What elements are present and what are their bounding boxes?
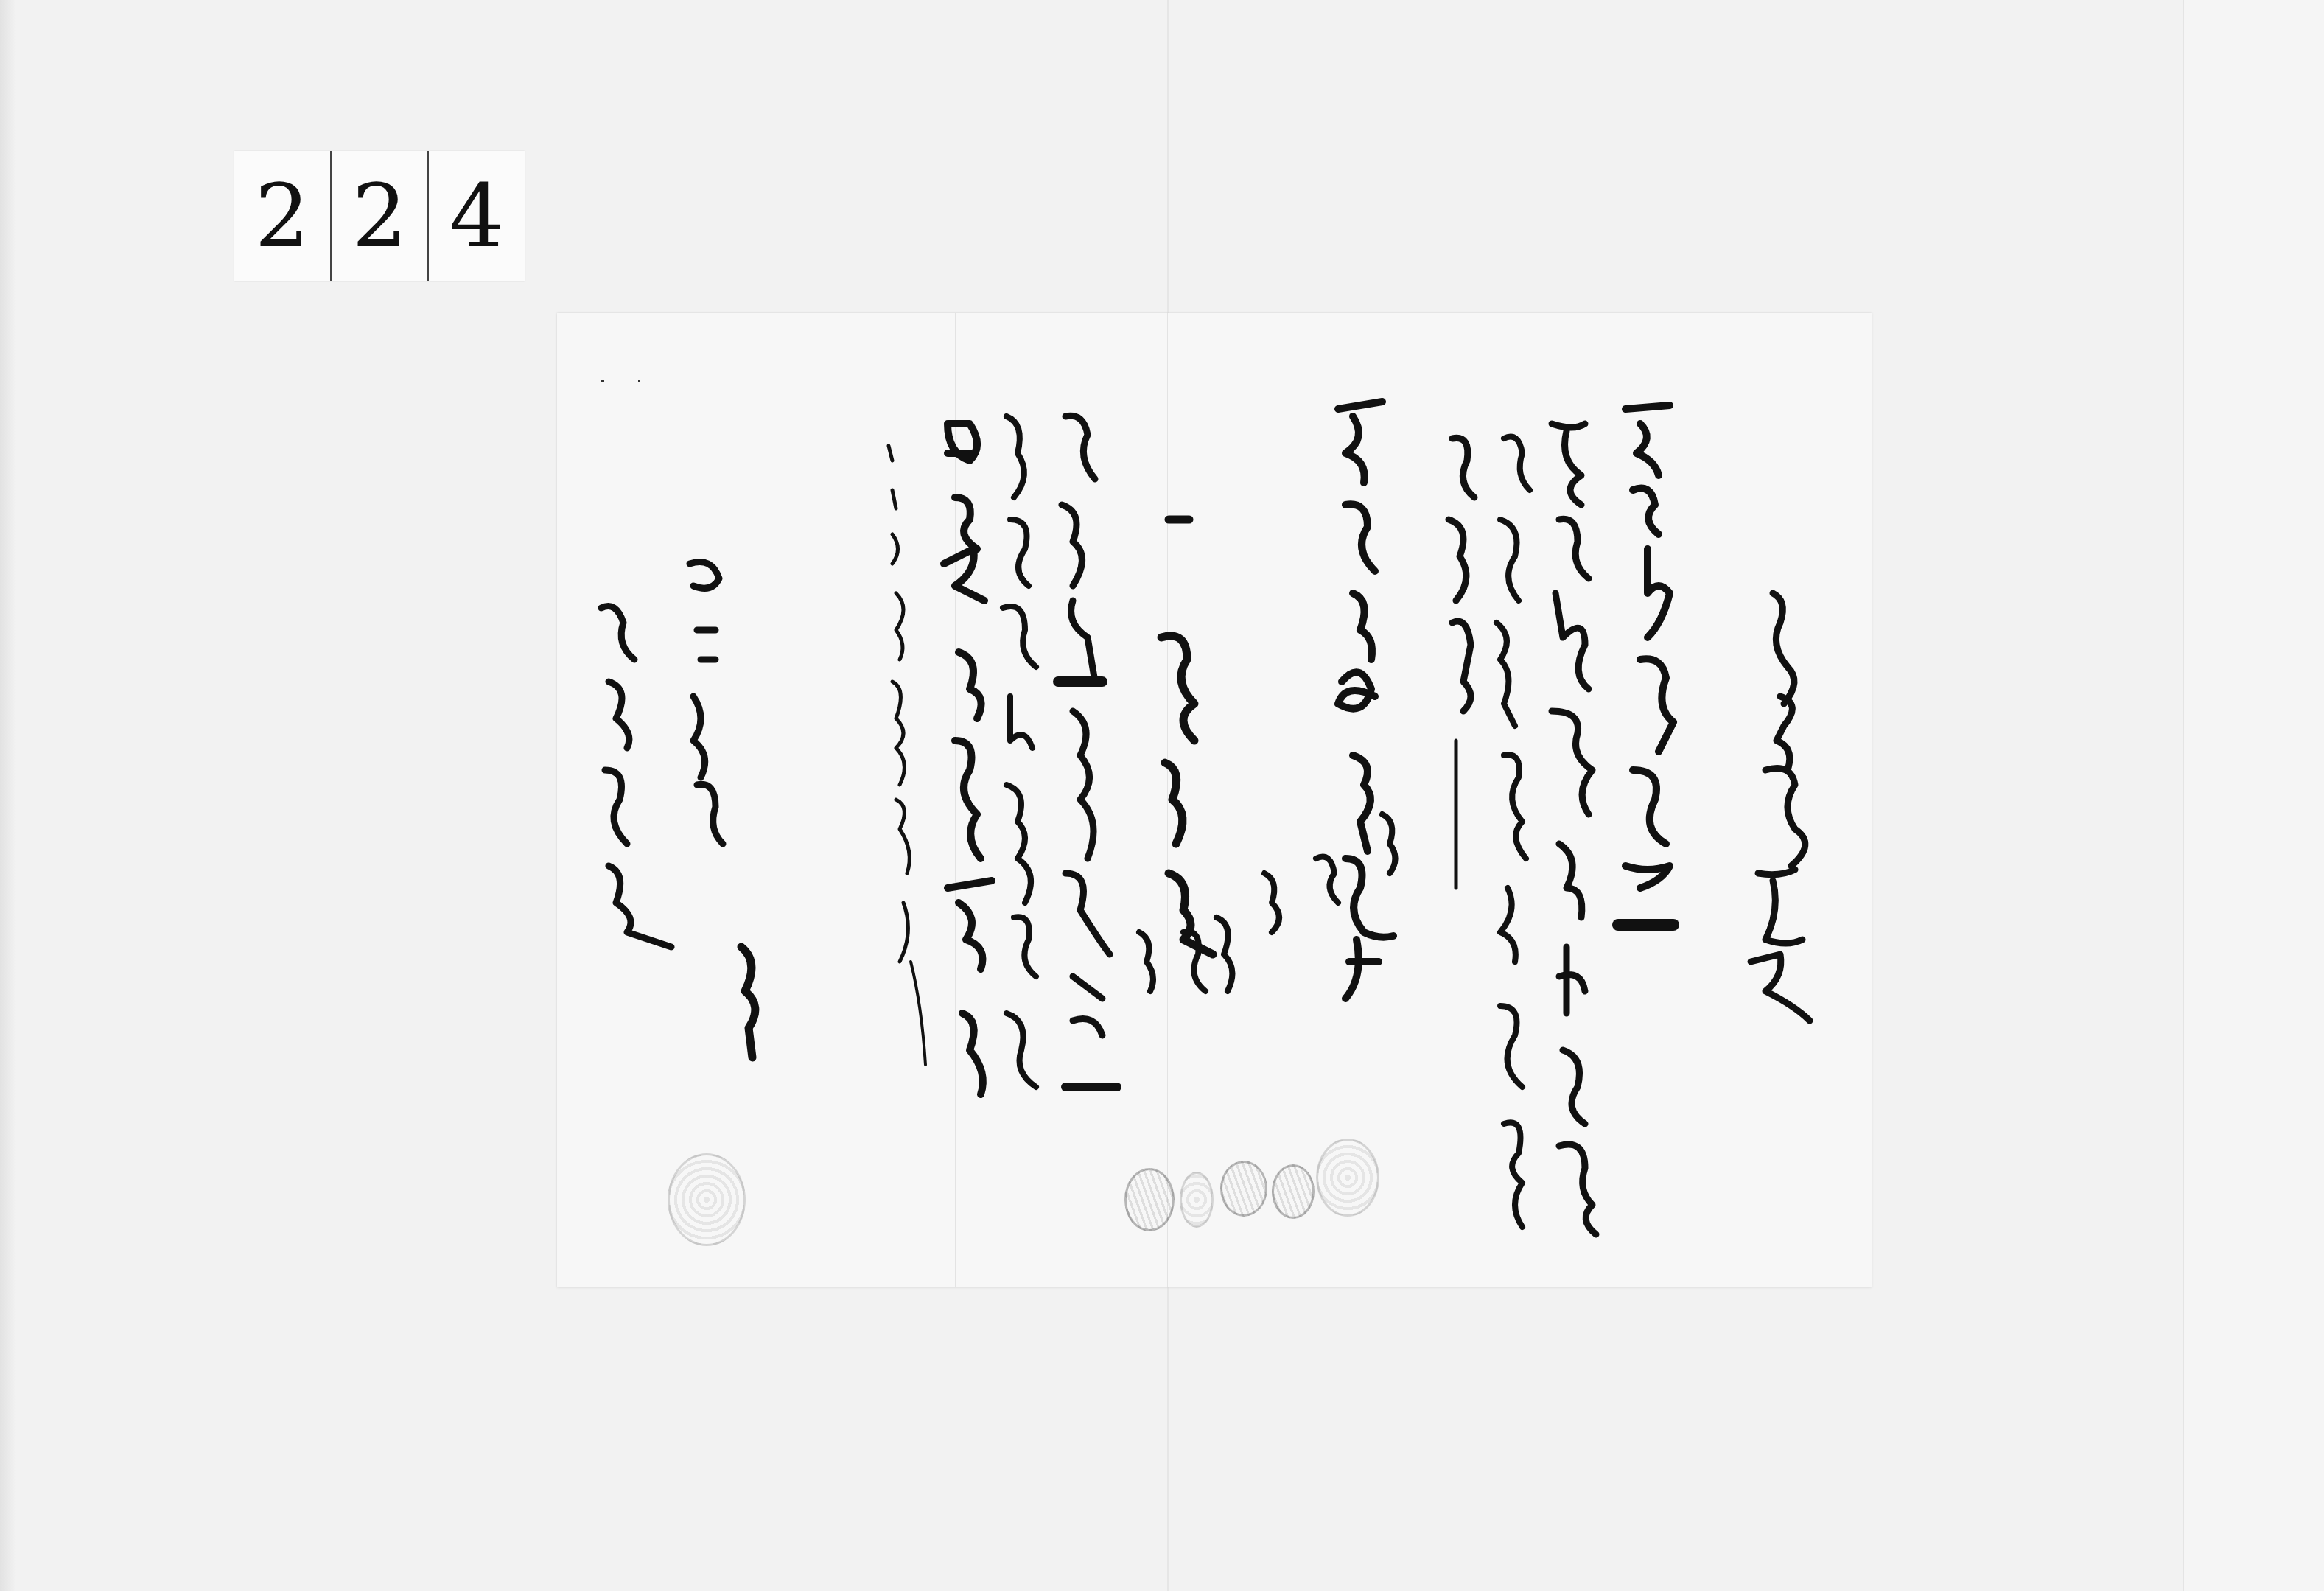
signature-block bbox=[741, 814, 1396, 1057]
script-column-9 bbox=[1003, 416, 1036, 1087]
script-column-5 bbox=[1449, 438, 1474, 888]
script-column-11 bbox=[889, 446, 925, 1065]
speck bbox=[638, 380, 640, 382]
calligraphy-strokes bbox=[557, 313, 1872, 1287]
speck bbox=[601, 380, 604, 382]
seal-stamp bbox=[1272, 1164, 1315, 1219]
number-digit-3: 4 bbox=[429, 151, 525, 281]
script-column-4 bbox=[1497, 437, 1530, 1228]
seal-stamp bbox=[1220, 1161, 1267, 1217]
scan-edge-right bbox=[2183, 0, 2324, 1591]
seal-stamp bbox=[1124, 1168, 1175, 1231]
script-column-7 bbox=[1161, 520, 1213, 954]
script-column-8 bbox=[1058, 416, 1117, 1087]
manuscript-document bbox=[557, 313, 1872, 1287]
seal-stamp-large bbox=[668, 1153, 746, 1246]
archive-number-tag: 2 2 4 bbox=[234, 151, 525, 281]
script-column-6 bbox=[1338, 402, 1393, 999]
number-digit-1: 2 bbox=[234, 151, 332, 281]
number-digit-2: 2 bbox=[332, 151, 429, 281]
script-column-13 bbox=[601, 606, 671, 948]
script-column-10 bbox=[944, 424, 992, 1094]
scan-edge-left bbox=[0, 0, 16, 1591]
script-column-12 bbox=[690, 562, 723, 845]
script-column-3 bbox=[1552, 424, 1596, 1234]
script-column-2 bbox=[1618, 405, 1673, 925]
script-column-1 bbox=[1751, 593, 1810, 1021]
seal-stamp bbox=[1180, 1172, 1214, 1228]
seal-stamp bbox=[1316, 1139, 1379, 1217]
